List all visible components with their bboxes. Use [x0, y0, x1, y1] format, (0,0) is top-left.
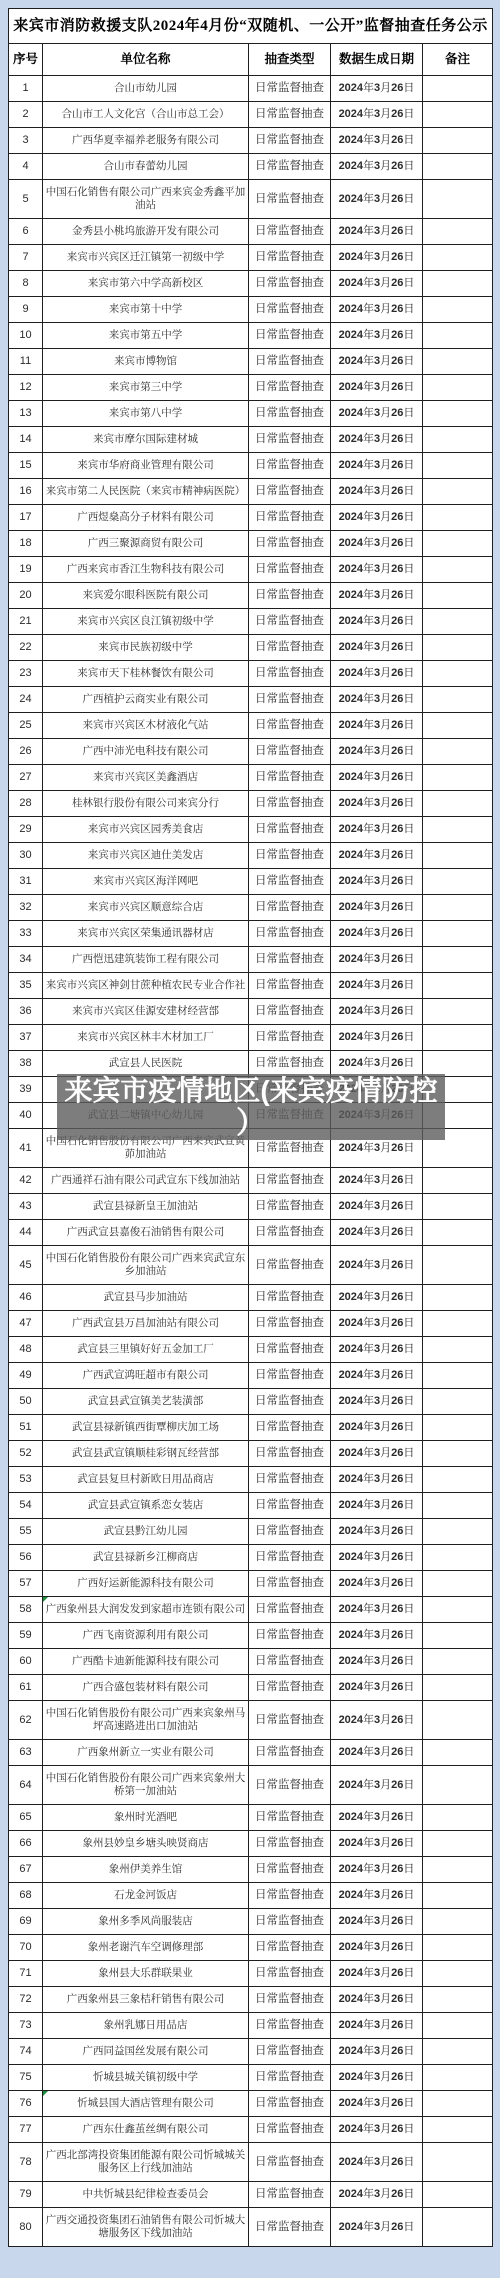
- row-number-cell: 35: [9, 973, 43, 999]
- date-cell: 2024年3月26日: [331, 999, 423, 1025]
- inspection-type-cell: 日常监督抽查: [249, 1766, 331, 1805]
- note-cell: [423, 323, 493, 349]
- table-row: 18广西三聚源商贸有限公司日常监督抽查2024年3月26日: [9, 531, 493, 557]
- row-number-cell: 32: [9, 895, 43, 921]
- title-row: 来宾市消防救援支队2024年4月份“双随机、一公开”监督抽查任务公示: [9, 9, 493, 44]
- date-cell: 2024年3月26日: [331, 1519, 423, 1545]
- unit-name-cell: 金秀县小桃坞旅游开发有限公司: [43, 219, 249, 245]
- note-cell: [423, 1675, 493, 1701]
- row-number-cell: 23: [9, 661, 43, 687]
- date-cell: 2024年3月26日: [331, 557, 423, 583]
- row-number-cell: 53: [9, 1467, 43, 1493]
- date-cell: 2024年3月26日: [331, 2013, 423, 2039]
- inspection-type-cell: 日常监督抽查: [249, 869, 331, 895]
- table-row: 62中国石化销售股份有限公司广西来宾象州马坪高速路进出口加油站日常监督抽查202…: [9, 1701, 493, 1740]
- table-row: 28桂林银行股份有限公司来宾分行日常监督抽查2024年3月26日: [9, 791, 493, 817]
- note-cell: [423, 791, 493, 817]
- note-cell: [423, 1415, 493, 1441]
- inspection-type-cell: 日常监督抽查: [249, 219, 331, 245]
- inspection-type-cell: 日常监督抽查: [249, 1415, 331, 1441]
- table-row: 1合山市幼儿园日常监督抽查2024年3月26日: [9, 76, 493, 102]
- date-cell: 2024年3月26日: [331, 2117, 423, 2143]
- row-number-cell: 55: [9, 1519, 43, 1545]
- date-cell: 2024年3月26日: [331, 1701, 423, 1740]
- note-cell: [423, 2039, 493, 2065]
- note-cell: [423, 2091, 493, 2117]
- date-cell: 2024年3月26日: [331, 1883, 423, 1909]
- table-row: 36来宾市兴宾区佳源安建材经营部日常监督抽查2024年3月26日: [9, 999, 493, 1025]
- table-row: 10来宾市第五中学日常监督抽查2024年3月26日: [9, 323, 493, 349]
- table-row: 46武宣县马步加油站日常监督抽查2024年3月26日: [9, 1285, 493, 1311]
- unit-name-cell: 广西通祥石油有限公司武宣东下线加油站: [43, 1168, 249, 1194]
- row-number-cell: 78: [9, 2143, 43, 2182]
- table-row: 78广西北部湾投资集团能源有限公司忻城城关服务区上行线加油站日常监督抽查2024…: [9, 2143, 493, 2182]
- row-number-cell: 50: [9, 1389, 43, 1415]
- row-number-cell: 60: [9, 1649, 43, 1675]
- table-row: 80广西交通投资集团石油销售有限公司忻城大塘服务区下线加油站日常监督抽查2024…: [9, 2208, 493, 2247]
- note-cell: [423, 661, 493, 687]
- unit-name-cell: 合山市幼儿园: [43, 76, 249, 102]
- note-cell: [423, 1467, 493, 1493]
- row-number-cell: 47: [9, 1311, 43, 1337]
- note-cell: [423, 375, 493, 401]
- table-row: 61广西合盛包装材料有限公司日常监督抽查2024年3月26日: [9, 1675, 493, 1701]
- inspection-type-cell: 日常监督抽查: [249, 2117, 331, 2143]
- table-row: 65象州时光酒吧日常监督抽查2024年3月26日: [9, 1805, 493, 1831]
- unit-name-cell: 象州时光酒吧: [43, 1805, 249, 1831]
- inspection-type-cell: 日常监督抽查: [249, 505, 331, 531]
- inspection-type-cell: 日常监督抽查: [249, 999, 331, 1025]
- note-cell: [423, 401, 493, 427]
- note-cell: [423, 947, 493, 973]
- unit-name-cell: 武宣县三里镇好好五金加工厂: [43, 1337, 249, 1363]
- table-row: 35来宾市兴宾区神剑甘蔗种植农民专业合作社日常监督抽查2024年3月26日: [9, 973, 493, 999]
- date-cell: 2024年3月26日: [331, 2065, 423, 2091]
- date-cell: 2024年3月26日: [331, 1831, 423, 1857]
- unit-name-cell: 广西象州县三象桔秆销售有限公司: [43, 1987, 249, 2013]
- date-cell: 2024年3月26日: [331, 401, 423, 427]
- table-row: 23来宾市天下桂林餐饮有限公司日常监督抽查2024年3月26日: [9, 661, 493, 687]
- unit-name-cell: 来宾市第二人民医院（来宾市精神病医院）: [43, 479, 249, 505]
- unit-name-cell: 来宾市博物馆: [43, 349, 249, 375]
- row-number-cell: 33: [9, 921, 43, 947]
- unit-name-cell: 来宾市第十中学: [43, 297, 249, 323]
- inspection-type-cell: 日常监督抽查: [249, 1883, 331, 1909]
- row-number-cell: 31: [9, 869, 43, 895]
- note-cell: [423, 687, 493, 713]
- inspection-type-cell: 日常监督抽查: [249, 1935, 331, 1961]
- table-row: 69象州多季风尚服装店日常监督抽查2024年3月26日: [9, 1909, 493, 1935]
- inspection-type-cell: 日常监督抽查: [249, 1246, 331, 1285]
- row-number-cell: 75: [9, 2065, 43, 2091]
- unit-name-cell: 武宣县马步加油站: [43, 1285, 249, 1311]
- inspection-type-cell: 日常监督抽查: [249, 1025, 331, 1051]
- inspection-type-cell: 日常监督抽查: [249, 1740, 331, 1766]
- unit-name-cell: 象州乳娜日用品店: [43, 2013, 249, 2039]
- note-cell: [423, 479, 493, 505]
- table-row: 26广西中沛光电科技有限公司日常监督抽查2024年3月26日: [9, 739, 493, 765]
- inspection-type-cell: 日常监督抽查: [249, 1311, 331, 1337]
- unit-name-cell: 武宣县禄新镇西街覃柳庆加工场: [43, 1415, 249, 1441]
- page-background: 来宾市消防救援支队2024年4月份“双随机、一公开”监督抽查任务公示 序号 单位…: [0, 0, 500, 2278]
- inspection-type-cell: 日常监督抽查: [249, 739, 331, 765]
- row-number-cell: 18: [9, 531, 43, 557]
- date-cell: 2024年3月26日: [331, 271, 423, 297]
- inspection-type-cell: 日常监督抽查: [249, 1857, 331, 1883]
- inspection-type-cell: 日常监督抽查: [249, 479, 331, 505]
- row-number-cell: 34: [9, 947, 43, 973]
- row-number-cell: 45: [9, 1246, 43, 1285]
- unit-name-cell: 来宾市兴宾区良江镇初级中学: [43, 609, 249, 635]
- note-cell: [423, 557, 493, 583]
- unit-name-cell: 来宾市兴宾区神剑甘蔗种植农民专业合作社: [43, 973, 249, 999]
- inspection-type-cell: 日常监督抽查: [249, 1389, 331, 1415]
- row-number-cell: 58: [9, 1597, 43, 1623]
- date-cell: 2024年3月26日: [331, 1467, 423, 1493]
- inspection-type-cell: 日常监督抽查: [249, 1961, 331, 1987]
- unit-name-cell: 来宾市兴宾区园秀美食店: [43, 817, 249, 843]
- inspection-type-cell: 日常监督抽查: [249, 895, 331, 921]
- table-row: 74广西同益国丝发展有限公司日常监督抽查2024年3月26日: [9, 2039, 493, 2065]
- note-cell: [423, 453, 493, 479]
- note-cell: [423, 1766, 493, 1805]
- note-cell: [423, 1025, 493, 1051]
- table-row: 43武宣县禄新皇王加油站日常监督抽查2024年3月26日: [9, 1194, 493, 1220]
- row-number-cell: 8: [9, 271, 43, 297]
- unit-name-cell: 广西煜燊高分子材料有限公司: [43, 505, 249, 531]
- date-cell: 2024年3月26日: [331, 154, 423, 180]
- note-cell: [423, 1493, 493, 1519]
- watermark-text-line2: ）: [57, 1107, 445, 1141]
- note-cell: [423, 1168, 493, 1194]
- date-cell: 2024年3月26日: [331, 219, 423, 245]
- row-number-cell: 68: [9, 1883, 43, 1909]
- unit-name-cell: 广西同益国丝发展有限公司: [43, 2039, 249, 2065]
- inspection-type-cell: 日常监督抽查: [249, 791, 331, 817]
- date-cell: 2024年3月26日: [331, 531, 423, 557]
- note-cell: [423, 1051, 493, 1077]
- table-row: 31来宾市兴宾区海洋网吧日常监督抽查2024年3月26日: [9, 869, 493, 895]
- row-number-cell: 77: [9, 2117, 43, 2143]
- table-head: 来宾市消防救援支队2024年4月份“双随机、一公开”监督抽查任务公示 序号 单位…: [9, 9, 493, 76]
- date-cell: 2024年3月26日: [331, 245, 423, 271]
- inspection-type-cell: 日常监督抽查: [249, 609, 331, 635]
- unit-name-cell: 武宣县黔江幼儿园: [43, 1519, 249, 1545]
- row-number-cell: 37: [9, 1025, 43, 1051]
- date-cell: 2024年3月26日: [331, 1597, 423, 1623]
- date-cell: 2024年3月26日: [331, 1961, 423, 1987]
- column-header-index: 序号: [9, 44, 43, 76]
- date-cell: 2024年3月26日: [331, 1337, 423, 1363]
- note-cell: [423, 1883, 493, 1909]
- unit-name-cell: 来宾市兴宾区荣集通讯器材店: [43, 921, 249, 947]
- table-row: 32来宾市兴宾区顺意综合店日常监督抽查2024年3月26日: [9, 895, 493, 921]
- row-number-cell: 43: [9, 1194, 43, 1220]
- inspection-type-cell: 日常监督抽查: [249, 1909, 331, 1935]
- row-number-cell: 74: [9, 2039, 43, 2065]
- row-number-cell: 76: [9, 2091, 43, 2117]
- inspection-type-cell: 日常监督抽查: [249, 1051, 331, 1077]
- unit-name-cell: 来宾市兴宾区木材液化气站: [43, 713, 249, 739]
- inspection-type-cell: 日常监督抽查: [249, 1701, 331, 1740]
- table-row: 75忻城县城关镇初级中学日常监督抽查2024年3月26日: [9, 2065, 493, 2091]
- row-number-cell: 30: [9, 843, 43, 869]
- table-row: 19广西来宾市香江生物科技有限公司日常监督抽查2024年3月26日: [9, 557, 493, 583]
- row-number-cell: 2: [9, 102, 43, 128]
- date-cell: 2024年3月26日: [331, 2208, 423, 2247]
- inspection-type-cell: 日常监督抽查: [249, 1597, 331, 1623]
- date-cell: 2024年3月26日: [331, 297, 423, 323]
- table-row: 52武宣县武宣镇顺桂彩钢瓦经营部日常监督抽查2024年3月26日: [9, 1441, 493, 1467]
- note-cell: [423, 271, 493, 297]
- date-cell: 2024年3月26日: [331, 1415, 423, 1441]
- unit-name-cell: 象州县妙皇乡塘头映贤商店: [43, 1831, 249, 1857]
- table-row: 11来宾市博物馆日常监督抽查2024年3月26日: [9, 349, 493, 375]
- row-number-cell: 19: [9, 557, 43, 583]
- table-row: 59广西飞南资源利用有限公司日常监督抽查2024年3月26日: [9, 1623, 493, 1649]
- row-number-cell: 48: [9, 1337, 43, 1363]
- row-number-cell: 36: [9, 999, 43, 1025]
- unit-name-cell: 武宣县禄新皇王加油站: [43, 1194, 249, 1220]
- unit-name-cell: 来宾市兴宾区林丰木材加工厂: [43, 1025, 249, 1051]
- inspection-type-cell: 日常监督抽查: [249, 453, 331, 479]
- note-cell: [423, 1701, 493, 1740]
- unit-name-cell: 来宾市兴宾区迪仕美发店: [43, 843, 249, 869]
- inspection-type-cell: 日常监督抽查: [249, 1831, 331, 1857]
- table-row: 34广西恺迅建筑装饰工程有限公司日常监督抽查2024年3月26日: [9, 947, 493, 973]
- date-cell: 2024年3月26日: [331, 1441, 423, 1467]
- note-cell: [423, 2208, 493, 2247]
- column-header-unit: 单位名称: [43, 44, 249, 76]
- date-cell: 2024年3月26日: [331, 2182, 423, 2208]
- note-cell: [423, 921, 493, 947]
- row-number-cell: 63: [9, 1740, 43, 1766]
- row-number-cell: 62: [9, 1701, 43, 1740]
- date-cell: 2024年3月26日: [331, 1246, 423, 1285]
- inspection-type-cell: 日常监督抽查: [249, 531, 331, 557]
- inspection-type-cell: 日常监督抽查: [249, 1987, 331, 2013]
- unit-name-cell: 石龙金河饭店: [43, 1883, 249, 1909]
- date-cell: 2024年3月26日: [331, 349, 423, 375]
- date-cell: 2024年3月26日: [331, 609, 423, 635]
- note-cell: [423, 1935, 493, 1961]
- row-number-cell: 12: [9, 375, 43, 401]
- inspection-type-cell: 日常监督抽查: [249, 271, 331, 297]
- column-header-type: 抽查类型: [249, 44, 331, 76]
- row-number-cell: 17: [9, 505, 43, 531]
- row-number-cell: 28: [9, 791, 43, 817]
- unit-name-cell: 忻城县国大酒店管理有限公司: [43, 2091, 249, 2117]
- row-number-cell: 51: [9, 1415, 43, 1441]
- row-number-cell: 70: [9, 1935, 43, 1961]
- date-cell: 2024年3月26日: [331, 180, 423, 219]
- note-cell: [423, 1337, 493, 1363]
- inspection-type-cell: 日常监督抽查: [249, 1194, 331, 1220]
- inspection-type-cell: 日常监督抽查: [249, 1363, 331, 1389]
- unit-name-cell: 广西华夏幸福养老服务有限公司: [43, 128, 249, 154]
- table-row: 2合山市工人文化宫（合山市总工会）日常监督抽查2024年3月26日: [9, 102, 493, 128]
- note-cell: [423, 895, 493, 921]
- date-cell: 2024年3月26日: [331, 713, 423, 739]
- inspection-type-cell: 日常监督抽查: [249, 180, 331, 219]
- date-cell: 2024年3月26日: [331, 323, 423, 349]
- date-cell: 2024年3月26日: [331, 921, 423, 947]
- table-row: 54武宣县武宣镇系恋女装店日常监督抽查2024年3月26日: [9, 1493, 493, 1519]
- table-row: 9来宾市第十中学日常监督抽查2024年3月26日: [9, 297, 493, 323]
- unit-name-cell: 广西东仕鑫茧丝绸有限公司: [43, 2117, 249, 2143]
- unit-name-cell: 中国石化销售股份有限公司广西来宾武宣东乡加油站: [43, 1246, 249, 1285]
- note-cell: [423, 609, 493, 635]
- note-cell: [423, 245, 493, 271]
- row-number-cell: 73: [9, 2013, 43, 2039]
- inspection-type-cell: 日常监督抽查: [249, 817, 331, 843]
- table-row: 27来宾市兴宾区美鑫酒店日常监督抽查2024年3月26日: [9, 765, 493, 791]
- row-number-cell: 64: [9, 1766, 43, 1805]
- date-cell: 2024年3月26日: [331, 869, 423, 895]
- unit-name-cell: 来宾市兴宾区美鑫酒店: [43, 765, 249, 791]
- row-number-cell: 56: [9, 1545, 43, 1571]
- unit-name-cell: 广西合盛包装材料有限公司: [43, 1675, 249, 1701]
- date-cell: 2024年3月26日: [331, 1649, 423, 1675]
- row-number-cell: 13: [9, 401, 43, 427]
- date-cell: 2024年3月26日: [331, 76, 423, 102]
- note-cell: [423, 1571, 493, 1597]
- row-number-cell: 66: [9, 1831, 43, 1857]
- row-number-cell: 65: [9, 1805, 43, 1831]
- table-row: 45中国石化销售股份有限公司广西来宾武宣东乡加油站日常监督抽查2024年3月26…: [9, 1246, 493, 1285]
- date-cell: 2024年3月26日: [331, 2039, 423, 2065]
- table-row: 21来宾市兴宾区良江镇初级中学日常监督抽查2024年3月26日: [9, 609, 493, 635]
- unit-name-cell: 广西酷卡迪新能源科技有限公司: [43, 1649, 249, 1675]
- date-cell: 2024年3月26日: [331, 1025, 423, 1051]
- unit-name-cell: 武宣县武宣镇顺桂彩钢瓦经营部: [43, 1441, 249, 1467]
- note-cell: [423, 297, 493, 323]
- table-row: 38武宣县人民医院日常监督抽查2024年3月26日: [9, 1051, 493, 1077]
- note-cell: [423, 154, 493, 180]
- date-cell: 2024年3月26日: [331, 1363, 423, 1389]
- date-cell: 2024年3月26日: [331, 1311, 423, 1337]
- table-row: 60广西酷卡迪新能源科技有限公司日常监督抽查2024年3月26日: [9, 1649, 493, 1675]
- note-cell: [423, 765, 493, 791]
- date-cell: 2024年3月26日: [331, 661, 423, 687]
- note-cell: [423, 1987, 493, 2013]
- row-number-cell: 24: [9, 687, 43, 713]
- note-cell: [423, 999, 493, 1025]
- table-row: 16来宾市第二人民医院（来宾市精神病医院）日常监督抽查2024年3月26日: [9, 479, 493, 505]
- row-number-cell: 54: [9, 1493, 43, 1519]
- table-row: 3广西华夏幸福养老服务有限公司日常监督抽查2024年3月26日: [9, 128, 493, 154]
- note-cell: [423, 1805, 493, 1831]
- row-number-cell: 80: [9, 2208, 43, 2247]
- watermark-text-line1: 来宾市疫情地区(来宾疫情防控: [57, 1074, 445, 1107]
- row-number-cell: 1: [9, 76, 43, 102]
- inspection-type-cell: 日常监督抽查: [249, 765, 331, 791]
- unit-name-cell: 广西北部湾投资集团能源有限公司忻城城关服务区上行线加油站: [43, 2143, 249, 2182]
- note-cell: [423, 128, 493, 154]
- unit-name-cell: 武宣县武宣镇美艺装潢部: [43, 1389, 249, 1415]
- table-row: 48武宣县三里镇好好五金加工厂日常监督抽查2024年3月26日: [9, 1337, 493, 1363]
- date-cell: 2024年3月26日: [331, 895, 423, 921]
- date-cell: 2024年3月26日: [331, 102, 423, 128]
- unit-name-cell: 合山市工人文化宫（合山市总工会）: [43, 102, 249, 128]
- unit-name-cell: 广西中沛光电科技有限公司: [43, 739, 249, 765]
- unit-name-cell: 来宾市第八中学: [43, 401, 249, 427]
- inspection-type-cell: 日常监督抽查: [249, 2143, 331, 2182]
- date-cell: 2024年3月26日: [331, 583, 423, 609]
- unit-name-cell: 来宾市兴宾区顺意综合店: [43, 895, 249, 921]
- row-number-cell: 39: [9, 1077, 43, 1103]
- date-cell: 2024年3月26日: [331, 2091, 423, 2117]
- inspection-type-cell: 日常监督抽查: [249, 1467, 331, 1493]
- unit-name-cell: 武宣县复旦村新欧日用品商店: [43, 1467, 249, 1493]
- date-cell: 2024年3月26日: [331, 479, 423, 505]
- note-cell: [423, 531, 493, 557]
- column-header-date: 数据生成日期: [331, 44, 423, 76]
- row-number-cell: 40: [9, 1103, 43, 1129]
- inspection-type-cell: 日常监督抽查: [249, 427, 331, 453]
- date-cell: 2024年3月26日: [331, 1909, 423, 1935]
- unit-name-cell: 来宾市兴宾区佳源安建材经营部: [43, 999, 249, 1025]
- row-number-cell: 6: [9, 219, 43, 245]
- inspection-type-cell: 日常监督抽查: [249, 2039, 331, 2065]
- date-cell: 2024年3月26日: [331, 453, 423, 479]
- note-cell: [423, 2117, 493, 2143]
- row-number-cell: 49: [9, 1363, 43, 1389]
- row-number-cell: 44: [9, 1220, 43, 1246]
- table-row: 76忻城县国大酒店管理有限公司日常监督抽查2024年3月26日: [9, 2091, 493, 2117]
- unit-name-cell: 来宾市第六中学高新校区: [43, 271, 249, 297]
- unit-name-cell: 广西象州新立一实业有限公司: [43, 1740, 249, 1766]
- date-cell: 2024年3月26日: [331, 1935, 423, 1961]
- table-row: 68石龙金河饭店日常监督抽查2024年3月26日: [9, 1883, 493, 1909]
- note-cell: [423, 1545, 493, 1571]
- unit-name-cell: 象州伊美养生馆: [43, 1857, 249, 1883]
- table-row: 37来宾市兴宾区林丰木材加工厂日常监督抽查2024年3月26日: [9, 1025, 493, 1051]
- inspection-type-cell: 日常监督抽查: [249, 635, 331, 661]
- date-cell: 2024年3月26日: [331, 1194, 423, 1220]
- unit-name-cell: 广西武宣鸿旺超市有限公司: [43, 1363, 249, 1389]
- table-row: 7来宾市兴宾区迁江镇第一初级中学日常监督抽查2024年3月26日: [9, 245, 493, 271]
- inspection-type-cell: 日常监督抽查: [249, 349, 331, 375]
- table-row: 15来宾市华府商业管理有限公司日常监督抽查2024年3月26日: [9, 453, 493, 479]
- date-cell: 2024年3月26日: [331, 505, 423, 531]
- unit-name-cell: 中共忻城县纪律检查委员会: [43, 2182, 249, 2208]
- row-number-cell: 67: [9, 1857, 43, 1883]
- unit-name-cell: 象州老谢汽车空调修理部: [43, 1935, 249, 1961]
- date-cell: 2024年3月26日: [331, 2143, 423, 2182]
- inspection-type-cell: 日常监督抽查: [249, 323, 331, 349]
- table-row: 66象州县妙皇乡塘头映贤商店日常监督抽查2024年3月26日: [9, 1831, 493, 1857]
- note-cell: [423, 219, 493, 245]
- date-cell: 2024年3月26日: [331, 739, 423, 765]
- note-cell: [423, 1519, 493, 1545]
- unit-name-cell: 中国石化销售股份有限公司广西来宾象州大桥第一加油站: [43, 1766, 249, 1805]
- date-cell: 2024年3月26日: [331, 375, 423, 401]
- note-cell: [423, 427, 493, 453]
- note-cell: [423, 1285, 493, 1311]
- row-number-cell: 42: [9, 1168, 43, 1194]
- unit-name-cell: 来宾市第五中学: [43, 323, 249, 349]
- note-cell: [423, 635, 493, 661]
- row-number-cell: 29: [9, 817, 43, 843]
- table-row: 50武宣县武宣镇美艺装潢部日常监督抽查2024年3月26日: [9, 1389, 493, 1415]
- table-row: 20来宾爱尔眼科医院有限公司日常监督抽查2024年3月26日: [9, 583, 493, 609]
- table-row: 33来宾市兴宾区荣集通讯器材店日常监督抽查2024年3月26日: [9, 921, 493, 947]
- note-cell: [423, 1363, 493, 1389]
- date-cell: 2024年3月26日: [331, 1285, 423, 1311]
- note-cell: [423, 2182, 493, 2208]
- inspection-type-cell: 日常监督抽查: [249, 1441, 331, 1467]
